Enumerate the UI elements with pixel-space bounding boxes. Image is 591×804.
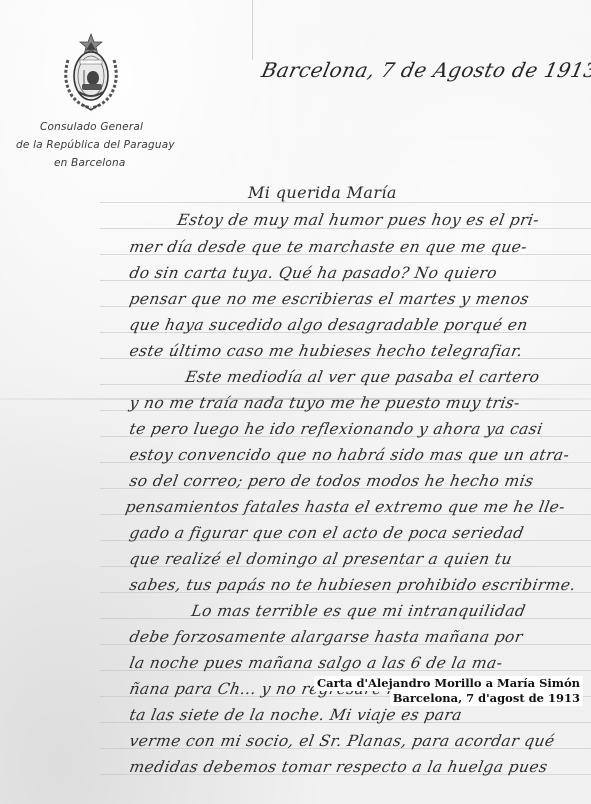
letterhead-line-2: de la República del Paraguay bbox=[16, 139, 175, 151]
letter-page: Consulado General de la República del Pa… bbox=[0, 0, 591, 804]
letter-line: sabes, tus papás no te hubiesen prohibid… bbox=[128, 576, 577, 594]
letter-line: so del correo; pero de todos modos he he… bbox=[128, 472, 535, 490]
letter-line: y no me traía nada tuyo me he puesto muy… bbox=[128, 394, 521, 412]
letter-line: mer día desde que te marchaste en que me… bbox=[128, 238, 529, 256]
letterhead-line-3: en Barcelona bbox=[54, 157, 125, 169]
image-caption: Carta d'Alejandro Morillo a María Simón … bbox=[314, 676, 583, 706]
letter-line: debe forzosamente alargarse hasta mañana… bbox=[128, 628, 524, 646]
letter-line: que haya sucedido algo desagradable porq… bbox=[128, 316, 529, 334]
letterhead-line-1: Consulado General bbox=[40, 121, 143, 133]
letter-line: pensamientos fatales hasta el extremo qu… bbox=[124, 498, 566, 516]
letter-line: verme con mi socio, el Sr. Planas, para … bbox=[128, 732, 556, 750]
caption-subtitle: Barcelona, 7 d'agost de 1913 bbox=[390, 691, 583, 706]
letter-line: Lo mas terrible es que mi intranquilidad bbox=[190, 602, 527, 620]
salutation: Mi querida María bbox=[248, 183, 397, 202]
letter-line: Este mediodía al ver que pasaba el carte… bbox=[184, 368, 541, 386]
letter-line: gado a figurar que con el acto de poca s… bbox=[128, 524, 525, 542]
letter-line: la noche pues mañana salgo a las 6 de la… bbox=[128, 654, 504, 672]
letter-line: que realizé el domingo al presentar a qu… bbox=[128, 550, 514, 568]
paper-crease bbox=[252, 0, 253, 60]
caption-title: Carta d'Alejandro Morillo a María Simón bbox=[314, 676, 583, 691]
letter-line: do sin carta tuya. Qué ha pasado? No qui… bbox=[128, 264, 499, 282]
ruled-line bbox=[100, 202, 591, 203]
letter-line: medidas debemos tomar respecto a la huel… bbox=[128, 758, 549, 776]
letter-line: estoy convencido que no habrá sido mas q… bbox=[128, 446, 571, 464]
letter-line: ta las siete de la noche. Mi viaje es pa… bbox=[128, 706, 464, 724]
letter-line: este último caso me hubieses hecho teleg… bbox=[128, 342, 524, 360]
letter-line: te pero luego he ido reflexionando y aho… bbox=[128, 420, 544, 438]
date-line: Barcelona, 7 de Agosto de 1913. bbox=[259, 58, 591, 82]
coat-of-arms-icon bbox=[58, 30, 124, 112]
letter-line: Estoy de muy mal humor pues hoy es el pr… bbox=[176, 211, 541, 229]
letter-line: pensar que no me escribieras el martes y… bbox=[128, 290, 531, 308]
